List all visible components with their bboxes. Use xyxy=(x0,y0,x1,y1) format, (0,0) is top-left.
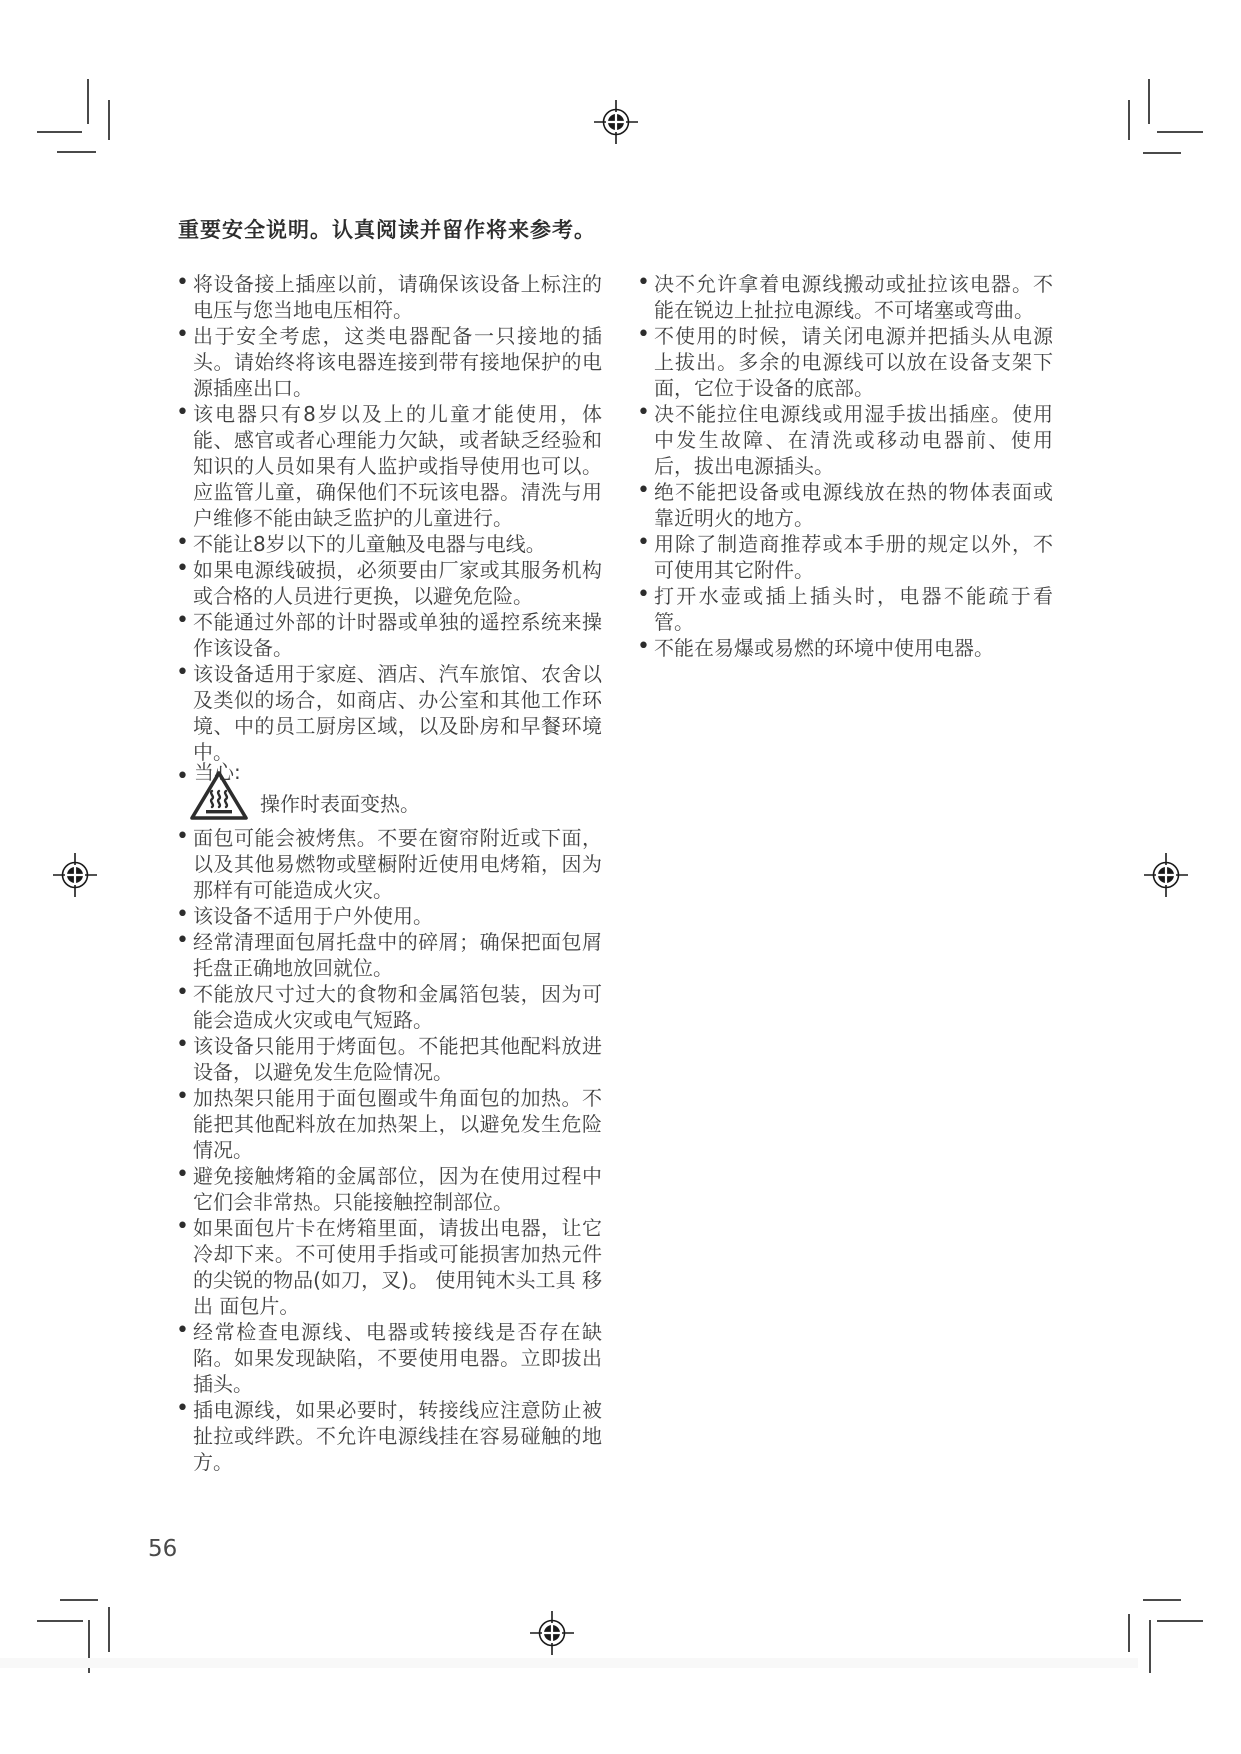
registration-mark-icon xyxy=(530,1611,574,1655)
right-column: 决不允许拿着电源线搬动或扯拉该电器。不能在锐边上扯拉电源线。不可堵塞或弯曲。 不… xyxy=(639,271,1053,661)
left-column: 将设备接上插座以前，请确保该设备上标注的电压与您当地电压相符。 出于安全考虑，这… xyxy=(178,271,602,1475)
crop-mark xyxy=(1157,131,1203,133)
safety-item: 该设备只能用于烤面包。不能把其他配料放进设备，以避免发生危险情况。 xyxy=(178,1033,602,1085)
page-number: 56 xyxy=(148,1536,177,1562)
scan-shadow xyxy=(0,1658,1138,1668)
safety-item: 出于安全考虑，这类电器配备一只接地的插头。请始终将该电器连接到带有接地保护的电源… xyxy=(178,323,602,401)
crop-mark xyxy=(37,131,82,133)
registration-mark-icon xyxy=(1144,853,1188,897)
safety-item: 不能放尺寸过大的食物和金属箔包装，因为可能会造成火灾或电气短路。 xyxy=(178,981,602,1033)
manual-page: 重要安全说明。认真阅读并留作将来参考。 将设备接上插座以前，请确保该设备上标注的… xyxy=(0,0,1241,1754)
safety-item: 不使用的时候，请关闭电源并把插头从电源上拔出。多余的电源线可以放在设备支架下面，… xyxy=(639,323,1053,401)
safety-item: 将设备接上插座以前，请确保该设备上标注的电压与您当地电压相符。 xyxy=(178,271,602,323)
safety-item: 该设备不适用于户外使用。 xyxy=(178,903,602,929)
safety-list-left: 将设备接上插座以前，请确保该设备上标注的电压与您当地电压相符。 出于安全考虑，这… xyxy=(178,271,602,1475)
safety-item: 决不允许拿着电源线搬动或扯拉该电器。不能在锐边上扯拉电源线。不可堵塞或弯曲。 xyxy=(639,271,1053,323)
safety-item: 经常检查电源线、电器或转接线是否存在缺陷。如果发现缺陷，不要使用电器。立即拔出插… xyxy=(178,1319,602,1397)
safety-item: 用除了制造商推荐或本手册的规定以外，不可使用其它附件。 xyxy=(639,531,1053,583)
safety-item: 决不能拉住电源线或用湿手拔出插座。使用中发生故障、在清洗或移动电器前、使用后，拔… xyxy=(639,401,1053,479)
crop-mark xyxy=(1148,79,1150,124)
safety-item: 插电源线，如果必要时，转接线应注意防止被扯拉或绊跌。不允许电源线挂在容易碰触的地… xyxy=(178,1397,602,1475)
safety-item: 打开水壶或插上插头时，电器不能疏于看管。 xyxy=(639,583,1053,635)
crop-mark xyxy=(108,1607,110,1652)
registration-mark-icon xyxy=(53,853,97,897)
safety-item: 如果面包片卡在烤箱里面，请拔出电器，让它冷却下来。不可使用手指或可能损害加热元件… xyxy=(178,1215,602,1319)
crop-mark xyxy=(1128,1614,1130,1652)
crop-mark xyxy=(37,1620,83,1622)
safety-item: 面包可能会被烤焦。不要在窗帘附近或下面，以及其他易燃物或壁橱附近使用电烤箱，因为… xyxy=(178,825,602,903)
safety-item: 该电器只有8岁以及上的儿童才能使用，体能、感官或者心理能力欠缺，或者缺乏经验和知… xyxy=(178,401,602,531)
crop-mark xyxy=(108,100,110,140)
crop-mark xyxy=(1157,1620,1203,1622)
safety-list-right: 决不允许拿着电源线搬动或扯拉该电器。不能在锐边上扯拉电源线。不可堵塞或弯曲。 不… xyxy=(639,271,1053,661)
page-title: 重要安全说明。认真阅读并留作将来参考。 xyxy=(178,214,596,244)
safety-item: 该设备适用于家庭、酒店、汽车旅馆、农舍以及类似的场合，如商店、办公室和其他工作环… xyxy=(178,661,602,765)
crop-mark xyxy=(60,1599,98,1601)
safety-item: 不能通过外部的计时器或单独的遥控系统来操作该设备。 xyxy=(178,609,602,661)
hot-surface-warning: 当心: 操作时表面变热。 xyxy=(178,765,602,825)
crop-mark xyxy=(1128,100,1130,140)
crop-mark xyxy=(1143,152,1181,154)
safety-item: 不能让8岁以下的儿童触及电器与电线。 xyxy=(178,531,602,557)
safety-item: 不能在易爆或易燃的环境中使用电器。 xyxy=(639,635,1053,661)
registration-mark-icon xyxy=(594,100,638,144)
safety-item: 经常清理面包屑托盘中的碎屑；确保把面包屑托盘正确地放回就位。 xyxy=(178,929,602,981)
crop-mark xyxy=(57,151,96,153)
safety-item: 如果电源线破损，必须要由厂家或其服务机构或合格的人员进行更换，以避免危险。 xyxy=(178,557,602,609)
crop-mark xyxy=(1143,1599,1181,1601)
safety-item: 绝不能把设备或电源线放在热的物体表面或靠近明火的地方。 xyxy=(639,479,1053,531)
safety-item: 加热架只能用于面包圈或牛角面包的加热。不能把其他配料放在加热架上，以避免发生危险… xyxy=(178,1085,602,1163)
warning-text: 操作时表面变热。 xyxy=(260,791,420,817)
crop-mark xyxy=(1149,1620,1151,1673)
hot-surface-warning-icon xyxy=(188,769,250,823)
safety-item: 避免接触烤箱的金属部位，因为在使用过程中它们会非常热。只能接触控制部位。 xyxy=(178,1163,602,1215)
crop-mark xyxy=(87,79,89,124)
